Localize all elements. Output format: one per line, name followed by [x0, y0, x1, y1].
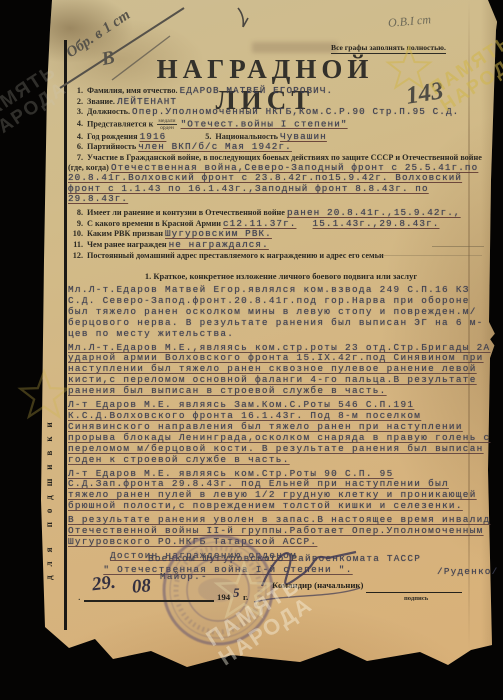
- field-party: 6.Партийность член ВКП/б/с Мая 1942г.: [68, 142, 492, 152]
- field-draft-office-value: Шугуровским РВК.: [165, 228, 272, 239]
- field-draft-office: 10.Каким РВК призван Шугуровским РВК.: [68, 229, 492, 239]
- field-nominated-for: 4.Представляется к медалиорден "Отечест.…: [68, 118, 492, 131]
- printed-year: 194: [217, 592, 230, 602]
- medal-or-order-options: медалиорден: [157, 118, 176, 131]
- feat-section-title: 1. Краткое, конкретное изложение личного…: [68, 271, 494, 281]
- signature-line: [366, 592, 462, 593]
- field-wounds-value: ранен 20.8.41г.,15.9.42г.,: [287, 207, 461, 218]
- binding-caption: для подшивки: [44, 160, 54, 580]
- printed-year-suffix: г.: [243, 592, 248, 602]
- feat-section: 1. Краткое, конкретное изложение личного…: [68, 271, 494, 579]
- feat-paragraph: Л-т Едаров М.Е. являясь Зам.Ком.С.Роты 5…: [68, 400, 494, 465]
- feat-paragraph: Мл.Л-т.Едаров М.Е.,являясь ком.стр.роты …: [68, 343, 494, 398]
- feat-paragraph: Л-т Едаров М.Е. являясь ком.Стр.Роты 90 …: [68, 469, 494, 513]
- field-army-since: 9.С какого времени в Красной Армии с12.1…: [68, 219, 492, 229]
- date-dot: .: [78, 592, 81, 603]
- field-war-participation-value: Отечественная война,Северо-Заподный фрон…: [68, 162, 478, 204]
- form-instruction: Все графы заполнять полностью.: [331, 43, 446, 54]
- blank-line-mark: [432, 246, 484, 247]
- field-position: 3.Должность. Опер.Уполномоченный НКГБ,Ко…: [68, 107, 492, 117]
- field-prior-awards: 11.Чем ранее награжден не награждался.: [68, 240, 492, 250]
- binding-rule: [64, 40, 67, 630]
- handwritten-date-month: 08: [131, 575, 152, 599]
- field-birth-year-value: 1916: [140, 131, 167, 142]
- field-position-value: Опер.Уполномоченный НКГБ,Ком.С.Р.90 Стр.…: [132, 106, 459, 117]
- field-war-participation: 7.Участие в Гражданской войне, в последу…: [68, 153, 492, 204]
- handwritten-year-digit: 5: [233, 585, 240, 601]
- field-name: 1.Фамилия, имя отчество. ЕДАРОВ МАТВЕЙ Е…: [68, 86, 492, 96]
- handwritten-signature: [248, 538, 368, 613]
- faded-ink-smudge: [252, 42, 338, 53]
- field-wound-dates-cont: 15.1.43г.,29.8.43г.: [313, 218, 440, 229]
- field-wounds: 8.Имеет ли ранение и контузии в Отечеств…: [68, 208, 492, 218]
- pencil-checkmark-icon: [234, 4, 256, 30]
- feat-paragraph: Мл.Л-т.Едаров Матвей Егор.являлся ком.вз…: [68, 285, 494, 340]
- scanned-award-document: для подшивки Обр. в 1 ст В О.В.I ст 143 …: [0, 0, 503, 700]
- signature-caption: подпись: [404, 595, 428, 602]
- field-award-value: "Отечест.войны I степени": [181, 118, 348, 129]
- form-fields: 1.Фамилия, имя отчество. ЕДАРОВ МАТВЕЙ Е…: [68, 86, 492, 262]
- handwritten-date-day: 29.: [91, 572, 117, 597]
- field-prior-awards-value: не награждался.: [169, 239, 269, 250]
- commander-label: Командир (начальник): [272, 580, 363, 590]
- signature-name: /Руденко/: [437, 566, 498, 577]
- blank-line-mark: [372, 255, 482, 256]
- field-party-value: член ВКП/б/с Мая 1942г.: [138, 141, 292, 152]
- field-nationality-value: Чувашин: [280, 131, 327, 142]
- date-underline: [84, 600, 214, 602]
- field-name-value: ЕДАРОВ МАТВЕЙ ЕГОРОВИЧ.: [180, 85, 334, 96]
- field-army-since-value: с12.11.37г.: [223, 218, 296, 229]
